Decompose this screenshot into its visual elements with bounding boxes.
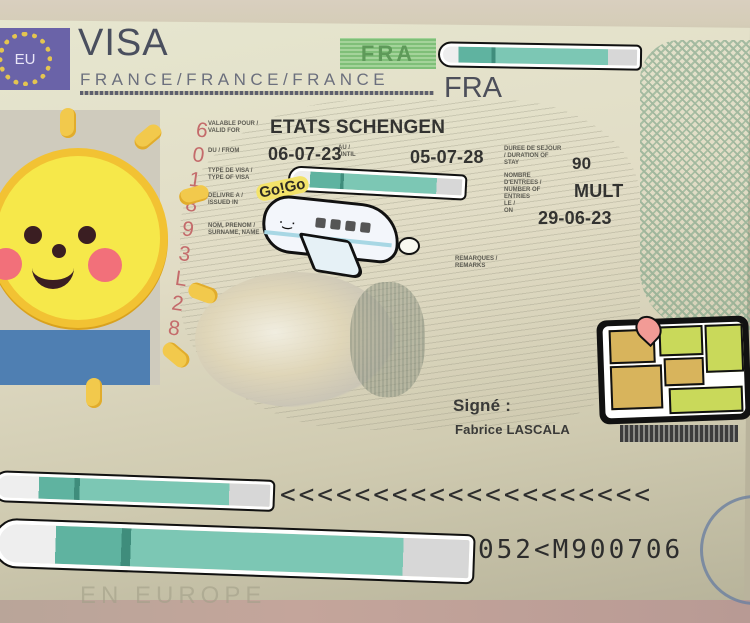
until-date: 05-07-28 — [410, 147, 484, 168]
label-valid-for: VALABLE POUR / VALID FOR — [208, 121, 263, 135]
sun-eye-right — [78, 226, 96, 244]
serial-digit: 9 — [176, 216, 199, 244]
label-duration: DUREE DE SEJOUR / DURATION OF STAY — [504, 146, 564, 167]
label-entries: NOMBRE D'ENTREES / NUMBER OF ENTRIES — [504, 173, 564, 201]
serial-digit: 8 — [162, 315, 185, 343]
label-type: TYPE DE VISA / TYPE OF VISA — [208, 168, 263, 182]
label-surname: NOM, PRENOM / SURNAME, NAME — [208, 223, 268, 237]
fra-hologram: FRA — [340, 38, 436, 69]
issuing-country-line: FRANCE/FRANCE/FRANCE — [80, 70, 389, 90]
eu-stars-circle: EU — [0, 32, 52, 86]
sun-ray — [60, 108, 76, 138]
sun-ray — [86, 378, 102, 408]
eu-flag-icon: EU — [0, 28, 70, 90]
barcode-strip — [620, 425, 738, 442]
map-block — [658, 325, 703, 357]
plane-windows — [315, 217, 371, 233]
sun-blush-left — [0, 248, 22, 280]
label-issued-in: DELIVRE A / ISSUED IN — [208, 193, 263, 207]
map-block — [664, 357, 705, 386]
bottom-watermark: EN EUROPE — [80, 582, 266, 610]
map-block — [669, 386, 744, 415]
map-sticker — [596, 315, 750, 424]
serial-digit: 2 — [166, 290, 189, 318]
label-remarks: REMARQUES / REMARKS — [455, 256, 525, 270]
serial-digit: 0 — [187, 141, 210, 169]
microprint-line — [80, 91, 434, 95]
sun-eye-left — [24, 226, 42, 244]
map-block — [704, 324, 744, 373]
photo-background-blue — [0, 330, 150, 385]
visa-title: VISA — [78, 22, 169, 65]
signed-label: Signé : — [453, 396, 511, 416]
fingerprint-ghost-image — [350, 282, 425, 397]
from-date: 06-07-23 — [268, 144, 342, 165]
mrz-line-1: <<<<<<<<<<<<<<<<<<<< — [280, 480, 653, 510]
serial-digit: 3 — [173, 240, 196, 268]
valid-for-value: ETATS SCHENGEN — [270, 117, 445, 139]
label-on: LE / ON — [504, 201, 524, 215]
tower-sticker — [440, 43, 640, 68]
plane-face: ·‿· — [279, 216, 296, 231]
duration-of-stay: 90 — [572, 154, 591, 174]
sun-nose — [52, 244, 66, 258]
issue-date: 29-06-23 — [538, 208, 612, 229]
label-from: DU / FROM — [208, 148, 248, 155]
signatory-name: Fabrice LASCALA — [455, 422, 570, 437]
eu-badge-text: EU — [15, 51, 36, 68]
label-until: AU / UNTIL — [338, 145, 368, 159]
mrz-line-2: 052<M900706 — [478, 535, 683, 565]
sun-smile — [32, 260, 74, 289]
map-block — [610, 364, 664, 410]
security-green-pattern — [640, 40, 750, 330]
number-of-entries: MULT — [574, 181, 623, 202]
plane-puff — [398, 237, 420, 255]
sun-blush-right — [88, 248, 122, 282]
issuing-state-code: FRA — [444, 72, 502, 105]
